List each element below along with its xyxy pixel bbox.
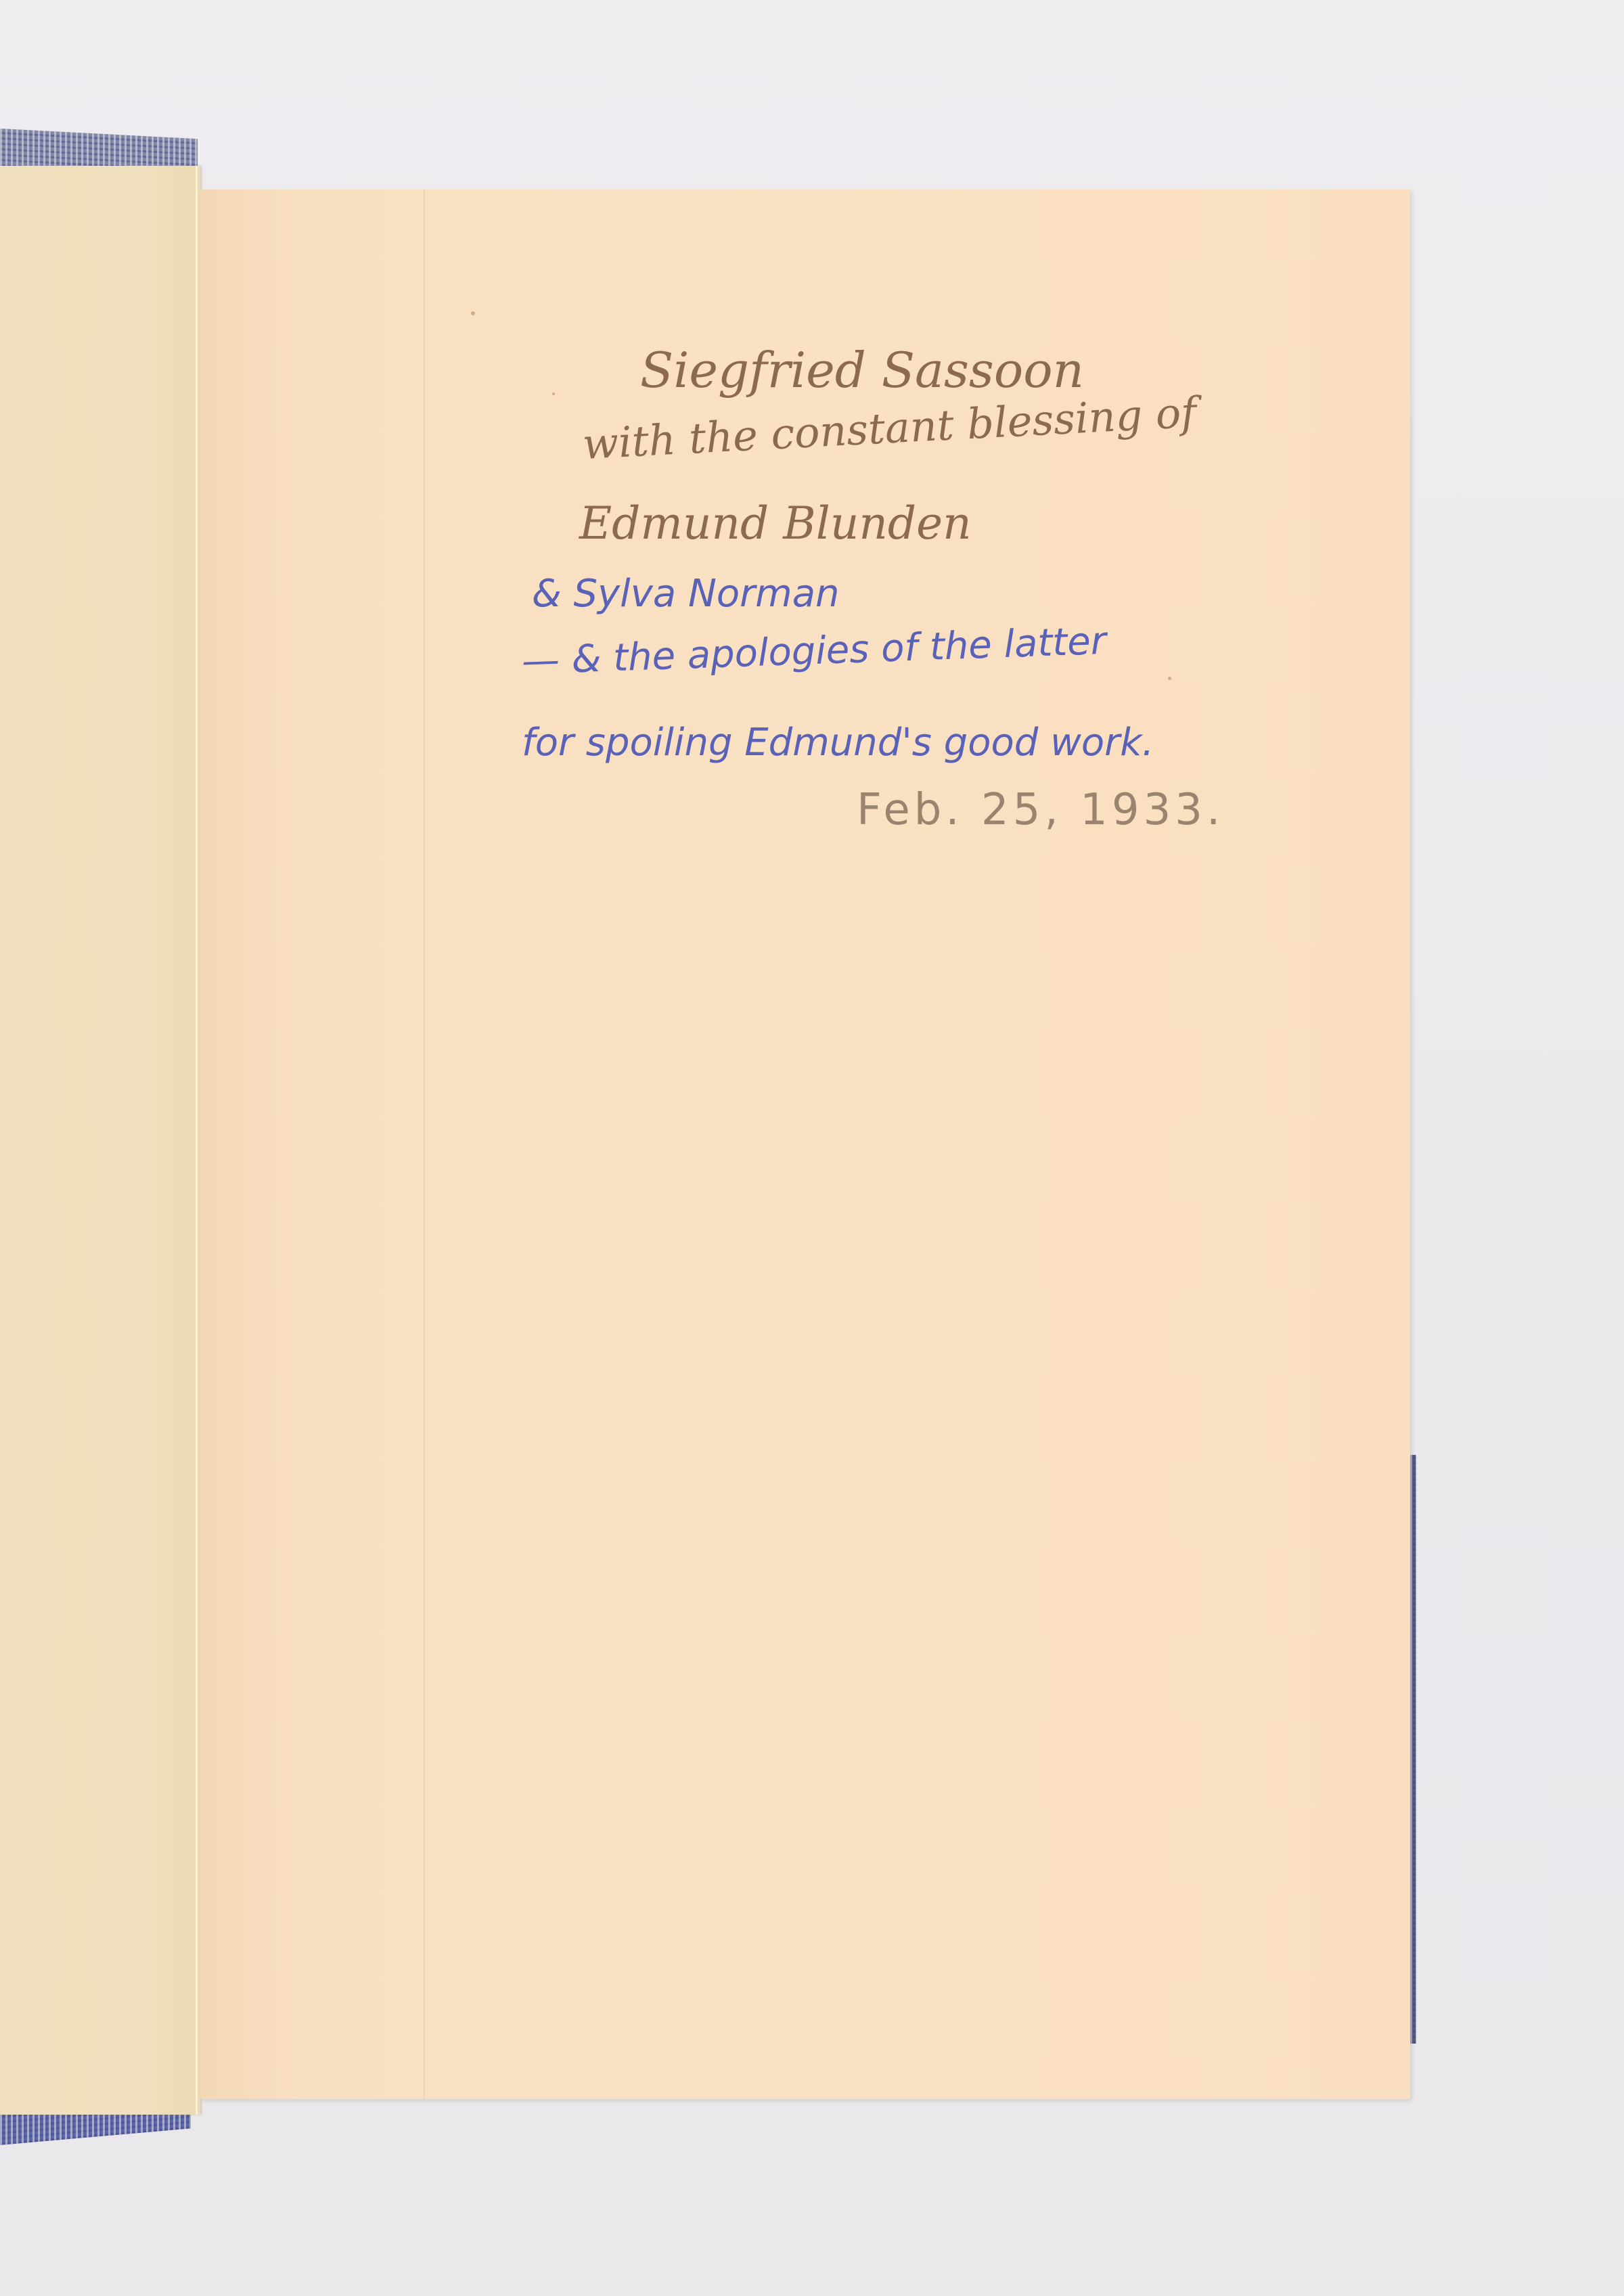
inscribed-page: Siegfried Sassoon with the constant bles… bbox=[200, 189, 1410, 2099]
cloth-binding-edge bbox=[1410, 1455, 1416, 2044]
left-flyleaf bbox=[0, 166, 200, 2115]
inscription-signer-1: Edmund Blunden bbox=[579, 497, 972, 549]
inscription-line-4: & Sylva Norman bbox=[532, 572, 840, 616]
inscription-line-6: for spoiling Edmund's good work. bbox=[522, 721, 1154, 765]
inscription: Siegfried Sassoon with the constant bles… bbox=[200, 189, 1410, 2099]
inscription-recipient: Siegfried Sassoon bbox=[640, 342, 1084, 399]
inscription-line-2: with the constant blessing of bbox=[581, 388, 1198, 469]
inscription-line-5: — & the apologies of the latter bbox=[521, 619, 1107, 683]
inscription-date: Feb. 25, 1933. bbox=[857, 785, 1224, 835]
